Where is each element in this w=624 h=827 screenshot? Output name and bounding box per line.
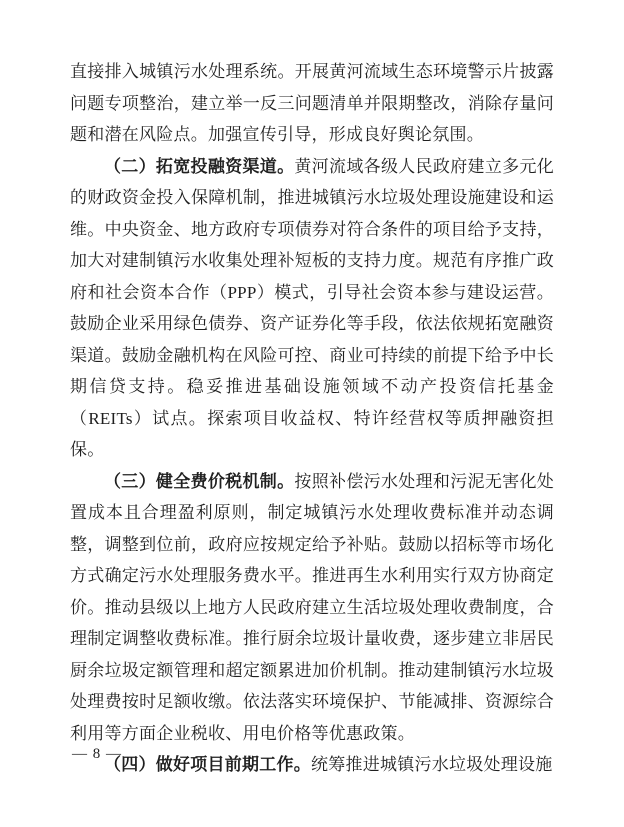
paragraph: （四）做好项目前期工作。统筹推进城镇污水垃圾处理设施 (70, 749, 554, 781)
paragraph-text: 直接排入城镇污水处理系统。开展黄河流域生态环境警示片披露问题专项整治，建立举一反… (70, 62, 554, 144)
paragraph-text: 按照补偿污水处理和污泥无害化处置成本且合理盈利原则，制定城镇污水处理收费标准并动… (70, 472, 554, 743)
paragraph-text: 黄河流域各级人民政府建立多元化的财政资金投入保障机制，推进城镇污水垃圾处理设施建… (70, 157, 554, 460)
page-number: — 8 — (72, 744, 122, 764)
section-heading: （二）拓宽投融资渠道。 (104, 157, 294, 176)
paragraph: 直接排入城镇污水处理系统。开展黄河流域生态环境警示片披露问题专项整治，建立举一反… (70, 56, 554, 151)
paragraph: （三）健全费价税机制。按照补偿污水处理和污泥无害化处置成本且合理盈利原则，制定城… (70, 466, 554, 750)
section-heading: （四）做好项目前期工作。 (104, 755, 311, 774)
section-heading: （三）健全费价税机制。 (104, 472, 294, 491)
paragraph: （二）拓宽投融资渠道。黄河流域各级人民政府建立多元化的财政资金投入保障机制，推进… (70, 151, 554, 466)
document-page: 直接排入城镇污水处理系统。开展黄河流域生态环境警示片披露问题专项整治，建立举一反… (0, 0, 624, 827)
paragraph-text: 统筹推进城镇污水垃圾处理设施 (311, 755, 553, 774)
document-body: 直接排入城镇污水处理系统。开展黄河流域生态环境警示片披露问题专项整治，建立举一反… (70, 56, 554, 781)
